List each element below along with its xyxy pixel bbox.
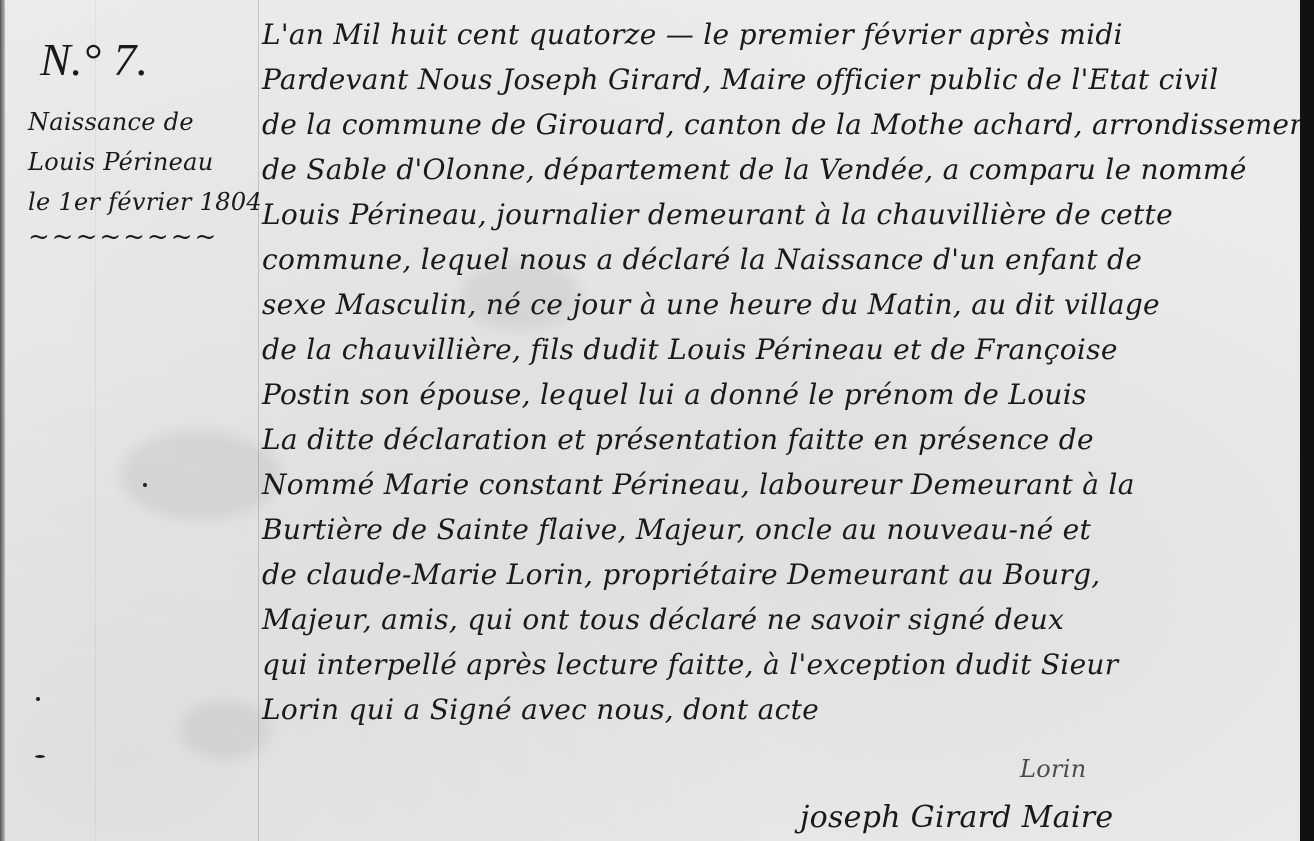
text-line: Nommé Marie constant Périneau, laboureur… bbox=[262, 462, 1292, 507]
paper-stain bbox=[120, 430, 280, 520]
document-page: N.° 7. Naissance de Louis Périneau le 1e… bbox=[0, 0, 1300, 841]
text-line: de la chauvillière, fils dudit Louis Pér… bbox=[262, 327, 1292, 372]
text-line: Burtière de Sainte flaive, Majeur, oncle… bbox=[262, 507, 1292, 552]
text-line: commune, lequel nous a déclaré la Naissa… bbox=[262, 237, 1292, 282]
margin-line: Louis Périneau bbox=[28, 142, 253, 182]
text-line: Louis Périneau, journalier demeurant à l… bbox=[262, 192, 1292, 237]
text-line: Postin son épouse, lequel lui a donné le… bbox=[262, 372, 1292, 417]
text-line: de claude-Marie Lorin, propriétaire Deme… bbox=[262, 552, 1292, 597]
record-body: L'an Mil huit cent quatorze — le premier… bbox=[262, 12, 1292, 732]
margin-annotation: N.° 7. Naissance de Louis Périneau le 1e… bbox=[28, 30, 253, 252]
margin-line: Naissance de bbox=[28, 102, 253, 142]
ink-speck bbox=[143, 483, 147, 487]
text-line: Majeur, amis, qui ont tous déclaré ne sa… bbox=[262, 597, 1292, 642]
mayor-signature: joseph Girard Maire bbox=[800, 800, 1113, 835]
text-line: L'an Mil huit cent quatorze — le premier… bbox=[262, 12, 1292, 57]
act-number: N.° 7. bbox=[40, 30, 253, 90]
page-binding-edge bbox=[1300, 0, 1314, 841]
text-line: La ditte déclaration et présentation fai… bbox=[262, 417, 1292, 462]
margin-line: le 1er février 1804 bbox=[28, 182, 253, 222]
paper-stain bbox=[180, 700, 270, 760]
witness-signature: Lorin bbox=[1020, 755, 1087, 783]
ink-speck bbox=[36, 697, 40, 701]
text-line: qui interpellé après lecture faitte, à l… bbox=[262, 642, 1292, 687]
text-line: sexe Masculin, né ce jour à une heure du… bbox=[262, 282, 1292, 327]
page-left-edge bbox=[0, 0, 5, 841]
margin-flourish: ~~~~~~~~ bbox=[28, 222, 253, 252]
text-line: Lorin qui a Signé avec nous, dont acte bbox=[262, 687, 1292, 732]
ink-speck bbox=[35, 755, 45, 758]
text-line: Pardevant Nous Joseph Girard, Maire offi… bbox=[262, 57, 1292, 102]
text-line: de Sable d'Olonne, département de la Ven… bbox=[262, 147, 1292, 192]
text-line: de la commune de Girouard, canton de la … bbox=[262, 102, 1292, 147]
